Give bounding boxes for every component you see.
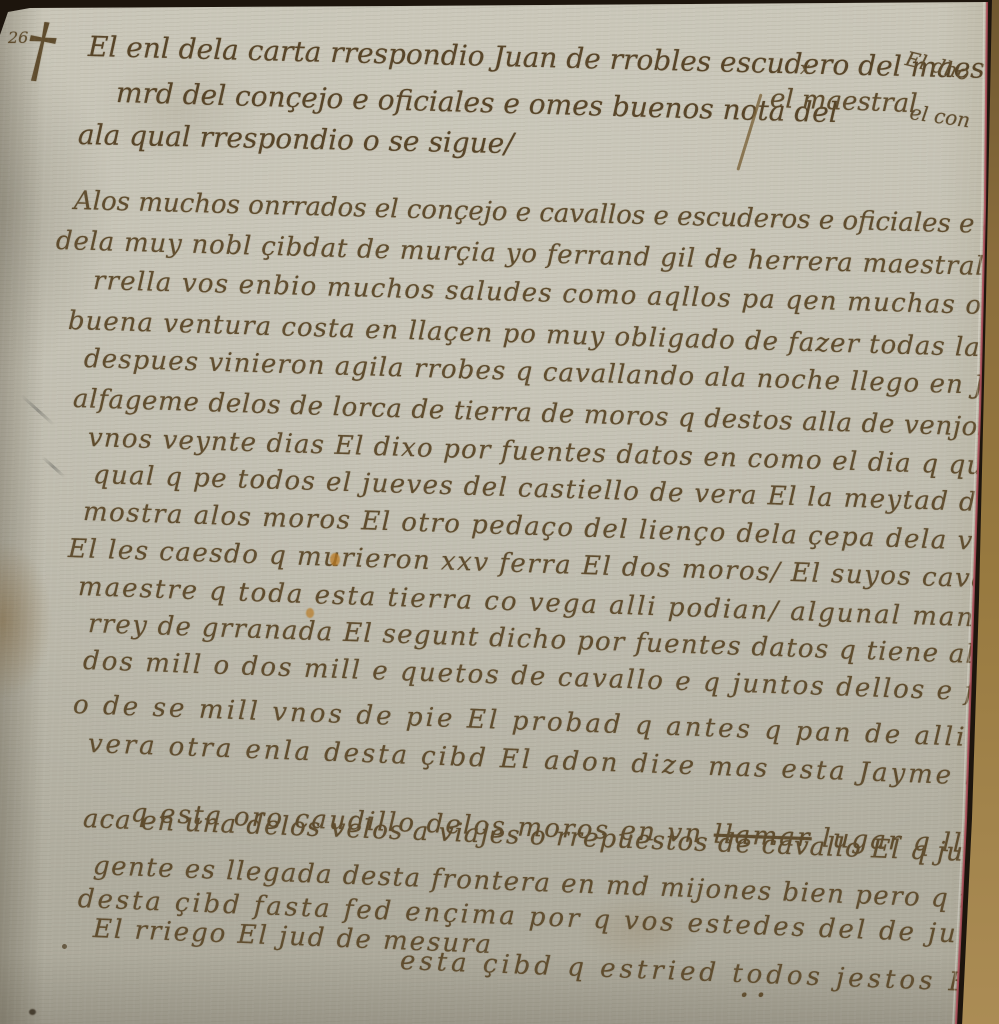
manuscript-scan: 26 † El enl dela carta rrespondio Juan d… — [0, 0, 999, 1024]
ink-speck — [29, 1009, 36, 1015]
correction-mark: x — [800, 58, 810, 79]
manuscript-page: 26 † El enl dela carta rrespondio Juan d… — [0, 0, 999, 1024]
ink-stain — [330, 553, 340, 566]
margin-note: el con — [908, 100, 971, 132]
ink-speck — [62, 944, 67, 949]
manuscript-line-continuation: esta çibd q estried todos jestos El q — [399, 946, 999, 1000]
heading-insert: el maestral — [769, 84, 918, 119]
heading-line: ala qual rrespondio o se sigue/ — [78, 118, 514, 160]
plummet-mark — [41, 456, 65, 478]
plummet-mark — [20, 394, 55, 426]
folio-cross-mark: † — [23, 6, 58, 94]
ink-stain — [306, 608, 314, 618]
end-marks: · · — [740, 980, 765, 1009]
heading-line: El enl dela carta rrespondio Juan de rro… — [88, 30, 999, 86]
